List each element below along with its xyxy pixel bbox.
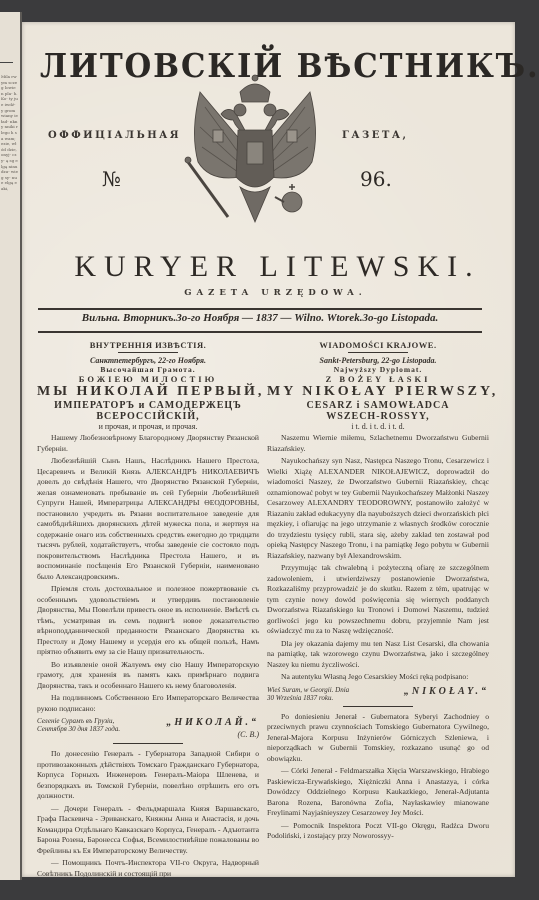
document-type: Najwyższy Dyplomat. (267, 365, 489, 374)
column-russian: ВНУТРЕННІЯ ИЗВѢСТІЯ. Санктпетербургъ, 22… (37, 340, 259, 879)
paragraph: Dla jey okazania dajemy mu ten Nasz List… (267, 639, 489, 671)
paragraph: — Pomocnik Inspektora Poczt VII-go Okręg… (267, 821, 489, 842)
previous-page-rule (0, 62, 13, 63)
signature-place-date: Селеніе Сурамъ въ Грузіи, Сентября 30 дн… (37, 717, 127, 733)
place-date: Sankt-Petersburg, 22-go Listopada. (267, 356, 489, 365)
previous-page-text: Mila rwym sczeg lowie n pla- h. Ko- ty j… (1, 74, 18, 191)
section-title: ВНУТРЕННІЯ ИЗВѢСТІЯ. (37, 340, 259, 350)
paragraph: Нашему Любезновѣрному Благородному Дворя… (37, 433, 259, 454)
paragraph: Во изъявленіе оной Жалуемъ ему сію Нашу … (37, 660, 259, 692)
issue-number-value: 96. (360, 167, 392, 191)
paragraph: Naszemu Wiernie miłemu, Szlachetnemu Dwo… (267, 433, 489, 454)
separator-rule (343, 706, 413, 707)
paragraph: Na autentyku Własną Jego Cesarskiey Mośc… (267, 672, 489, 683)
masthead-subtitle-polish: GAZETA URZĘDOWA. (22, 288, 515, 298)
paragraph: Po doniesieniu Jenerał - Gubernatora Syb… (267, 712, 489, 765)
grace-line: БОЖІЕЮ МИЛОСТІЮ (37, 374, 259, 384)
paragraph: Nayukochańszy syn Nasz, Następca Naszego… (267, 456, 489, 561)
separator-rule (113, 743, 183, 744)
ruler-name: MY NIKOŁAY PIERWSZY, (267, 384, 489, 400)
dateline-rule-bottom (38, 331, 482, 333)
paragraph: — Córki Jenerał - Feldmarszałka Xięcia W… (267, 766, 489, 819)
signature-block: Селеніе Сурамъ въ Грузіи, Сентября 30 дн… (37, 717, 259, 739)
paragraph: Любезнѣйшій Сынъ Нашъ, Наслѣдникъ Нашего… (37, 456, 259, 582)
ruler-title-2: WSZECH-ROSSYY, (267, 411, 489, 422)
column-polish: WIADOMOŚCI KRAJOWE. Sankt-Petersburg, 22… (267, 340, 489, 842)
dateline-rule-top (38, 308, 482, 310)
ruler-name: МЫ НИКОЛАЙ ПЕРВЫЙ, (37, 384, 259, 400)
paragraph: По донесенію Генералъ - Губернатора Запа… (37, 749, 259, 802)
paragraph: — Помощникъ Почтъ-Инспектора VII-го Окру… (37, 858, 259, 879)
previous-page-edge: Mila rwym sczeg lowie n pla- h. Ko- ty j… (0, 12, 22, 880)
section-title: WIADOMOŚCI KRAJOWE. (267, 340, 489, 350)
signature-place-date: Wieś Suram, w Georgii. Dnia 30 Września … (267, 686, 357, 702)
section-rule (118, 352, 178, 353)
newspaper-page: ЛИТОВСКІЙ ВѢСТНИКЪ. (22, 22, 515, 877)
grace-line: Z BOŻEY ŁASKI (267, 374, 489, 384)
signature-initials: (С. В.) (166, 730, 259, 739)
etcetera-line: i t. d. i t. d. i t. d. (267, 422, 489, 431)
signature-block: Wieś Suram, w Georgii. Dnia 30 Września … (267, 686, 489, 702)
masthead-title-polish: KURYER LITEWSKI. (22, 250, 515, 284)
masthead-subtitle-left: ОФФИЦІАЛЬНАЯ (48, 130, 181, 141)
double-headed-eagle-icon (180, 72, 330, 240)
paragraph: Пріемля столь достохвальное и полезное п… (37, 584, 259, 658)
paragraph: На подлинномъ Собственною Его Императорс… (37, 693, 259, 714)
section-rule (348, 352, 408, 353)
ruler-title-1: ИМПЕРАТОРЪ и САМОДЕРЖЕЦЪ (37, 400, 259, 411)
etcetera-line: и прочая, и прочая, и прочая. (37, 422, 259, 431)
ruler-title-2: ВСЕРОССІЙСКІЙ, (37, 411, 259, 422)
place-date: Санктпетербургъ, 22-го Ноября. (37, 356, 259, 365)
masthead-subtitle-right: ГАЗЕТА, (342, 130, 408, 141)
document-type: Высочайшая Грамота. (37, 365, 259, 374)
issue-number-label: № (102, 167, 121, 191)
signature-name: „NIKOŁAY.“ (404, 686, 489, 697)
signature-name: „НИКОЛАЙ.“ (166, 717, 259, 728)
dateline: Вильна. Вторникъ.3о-го Ноября — 1837 — W… (38, 312, 482, 324)
ruler-title-1: CESARZ i SAMOWŁADCA (267, 400, 489, 411)
paragraph: Przyymując tak chwalebną i pożyteczną of… (267, 563, 489, 637)
paragraph: — Дочери Генералъ - Фельдмаршала Князя В… (37, 804, 259, 857)
